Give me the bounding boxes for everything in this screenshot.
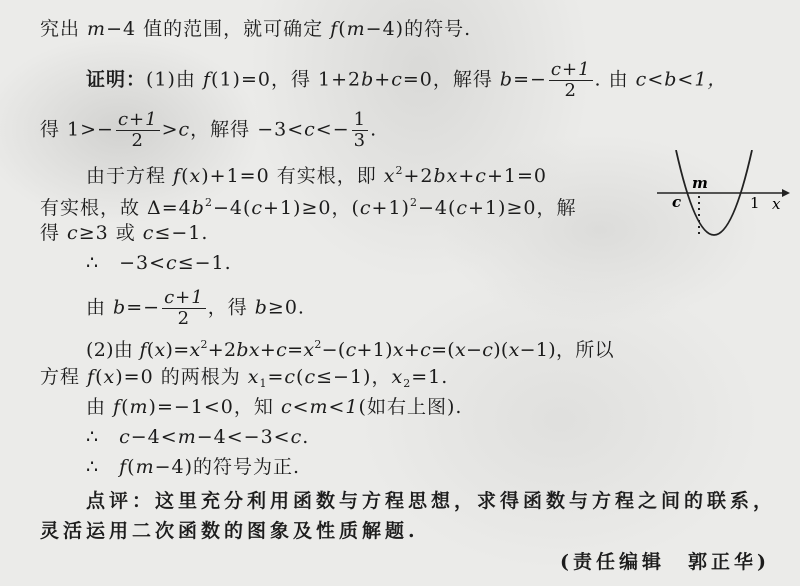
label-x: x [772,195,781,213]
var-b: b [361,69,374,91]
text: + [458,165,475,187]
inequality: c<b<1， [636,69,728,91]
text-line-15: 灵活运用二次函数的图象及性质解题. [40,520,419,542]
text: ( [127,456,135,478]
text: +2 [403,165,433,187]
text: (1)由 [146,69,203,91]
text-line-10: 方程 f(x)=0 的两根为 x1=c(c≤−1)，x2=1. [40,366,448,395]
text: ≥0. [268,297,305,319]
var-x: x [391,366,403,388]
text: −4( [213,197,251,219]
var-x: x [190,165,202,187]
var-f: f [330,18,338,40]
var-x: x [104,366,116,388]
text: + [260,339,276,361]
var-m: m [87,18,106,40]
text: + [374,69,391,91]
text: ∴ −3< [86,252,166,274]
var-c: c [391,69,403,91]
label-1: 1 [750,194,760,212]
var-f: f [139,339,146,361]
numerator: c+1 [162,288,206,309]
therefore-symbol: ∴ [86,426,119,448]
var-c: c [251,197,263,219]
var-c: c [276,339,287,361]
text: ，解得 −3< [190,119,304,141]
text: 方程 [40,366,87,388]
text: =− [513,69,547,91]
var-b: b [113,297,126,319]
text: )= [166,339,190,361]
scanned-page: 究出 m−4 值的范围，就可确定 f(m−4)的符号. 证明：(1)由 f(1)… [0,0,800,586]
text: −1)，所以 [520,339,614,361]
text: 得 [40,222,67,244]
var-c: c [291,426,303,448]
text-line-6: 得 c≥3 或 c≤−1. [40,222,208,244]
text: = [287,339,303,361]
text: ≤−1. [154,222,208,244]
var-f: f [203,69,211,91]
var-x: x [155,339,166,361]
text: (责任编辑 郭正华) [560,551,770,573]
denominator: 2 [162,309,206,329]
text-line-4: 由于方程 f(x)+1=0 有实根，即 x2+2bx+c+1=0 [86,160,547,187]
text: −4)的符号. [366,18,471,40]
text: −4 值的范围，就可确定 [106,18,330,40]
fraction: 13 [352,110,368,151]
var-c: c [456,197,468,219]
text: ≤−1. [178,252,232,274]
text-line-1: 究出 m−4 值的范围，就可确定 f(m−4)的符号. [40,18,471,40]
text: <− [316,119,350,141]
var-f: f [173,165,181,187]
text: =1. [411,366,448,388]
text: (2)由 [86,339,139,361]
label-c: c [672,193,681,211]
text: 得 1>− [40,119,114,141]
var-c: c [346,339,357,361]
text: ( [181,165,189,187]
text: ，得 [208,297,255,319]
text: ( [95,366,103,388]
var-c: c [179,119,191,141]
text: )=0 的两根为 [115,366,248,388]
text: −4<−3< [197,426,291,448]
var-x: x [248,366,260,388]
text-line-3: 得 1>−c+12>c，解得 −3<c<−13. [40,110,377,151]
text: ( [338,18,346,40]
exponent: 2 [200,338,207,351]
var-b: b [192,197,205,219]
text-line-2: 证明：(1)由 f(1)=0，得 1+2b+c=0，解得 b=−c+12. 由 … [86,60,727,101]
var-f: f [87,366,95,388]
subscript: 2 [403,377,411,390]
var-c: c [475,165,487,187]
var-c: c [284,366,296,388]
text: + [404,339,420,361]
var-m: m [136,456,155,478]
text: ( [147,339,155,361]
text: +1)≥0，解 [468,197,576,219]
text: =− [126,297,160,319]
therefore-symbol: ∴ [86,456,119,478]
text: +2 [208,339,237,361]
var-c: c [67,222,79,244]
text: . [370,119,377,141]
var-c: c [166,252,178,274]
var-b: b [255,297,268,319]
var-x: x [303,339,314,361]
var-m: m [347,18,366,40]
var-bx: bx [236,339,259,361]
text: ( [121,396,129,418]
text: =( [431,339,455,361]
text: 究出 [40,18,87,40]
text: . [302,426,309,448]
fraction: c+12 [116,110,160,151]
text: (如右上图). [359,396,463,418]
var-c: c [304,366,316,388]
arrow-icon [782,189,790,197]
text: )( [493,339,508,361]
var-x: x [189,339,200,361]
denominator: 2 [549,81,593,101]
var-x: x [384,165,396,187]
text-line-12: ∴ c−4<m−4<−3<c. [86,426,309,448]
text-line-13: ∴ f(m−4)的符号为正. [86,456,300,478]
text-line-14: 点评：这里充分利用函数与方程思想，求得函数与方程之间的联系， [86,490,776,512]
exponent: 2 [205,196,213,209]
var-m: m [178,426,197,448]
var-x: x [455,339,466,361]
var-bx: bx [433,165,458,187]
var-f: f [113,396,121,418]
label-m: m [692,174,708,192]
text-line-7: ∴ −3<c≤−1. [86,252,232,274]
var-c: c [482,339,493,361]
var-c: c [119,426,131,448]
text-line-11: 由 f(m)=−1<0，知 c<m<1(如右上图). [86,396,462,418]
numerator: c+1 [116,110,160,131]
text: 由 [86,396,113,418]
text: −( [322,339,346,361]
text: )+1=0 有实根，即 [201,165,384,187]
text: (1)=0，得 1+2 [211,69,361,91]
text-line-5: 有实根，故 Δ=4b2−4(c+1)≥0，(c+1)2−4(c+1)≥0，解 [40,192,576,219]
text: +1=0 [487,165,547,187]
text: > [162,119,179,141]
text: 这里充分利用函数与方程思想，求得函数与方程之间的联系， [155,490,776,512]
parabola-graph: c m 1 x [652,150,792,250]
inequality: c<m<1 [281,396,359,418]
exponent: 2 [410,196,418,209]
exponent: 2 [314,338,321,351]
text: =0，解得 [403,69,500,91]
denominator: 2 [116,131,160,151]
text: . 由 [595,69,636,91]
text: −4( [418,197,456,219]
text: − [466,339,482,361]
var-f: f [119,456,127,478]
numerator: 1 [352,110,368,131]
comment-label: 点评： [86,490,155,512]
var-x: x [393,339,404,361]
text: 由 [86,297,113,319]
text: +1) [357,339,393,361]
var-c: c [143,222,155,244]
text: 灵活运用二次函数的图象及性质解题. [40,520,419,542]
var-c: c [360,197,372,219]
text: −4< [131,426,178,448]
text: −4)的符号为正. [155,456,300,478]
var-c: c [420,339,431,361]
proof-label: 证明： [86,69,146,91]
text: ≥3 或 [79,222,143,244]
text-line-9: (2)由 f(x)=x2+2bx+c=x2−(c+1)x+c=(x−c)(x−1… [86,334,614,361]
fraction: c+12 [162,288,206,329]
text: )=−1<0，知 [149,396,281,418]
text-line-8: 由 b=−c+12，得 b≥0. [86,288,305,329]
editor-credit: (责任编辑 郭正华) [560,551,770,573]
text: ≤−1)， [316,366,391,388]
var-c: c [304,119,316,141]
text: +1) [372,197,410,219]
text: 由于方程 [86,165,173,187]
numerator: c+1 [549,60,593,81]
var-m: m [130,396,149,418]
denominator: 3 [352,131,368,151]
var-b: b [500,69,513,91]
text: 有实根，故 Δ=4 [40,197,192,219]
text: +1)≥0，( [263,197,360,219]
var-x: x [509,339,520,361]
fraction: c+12 [549,60,593,101]
text: = [267,366,284,388]
